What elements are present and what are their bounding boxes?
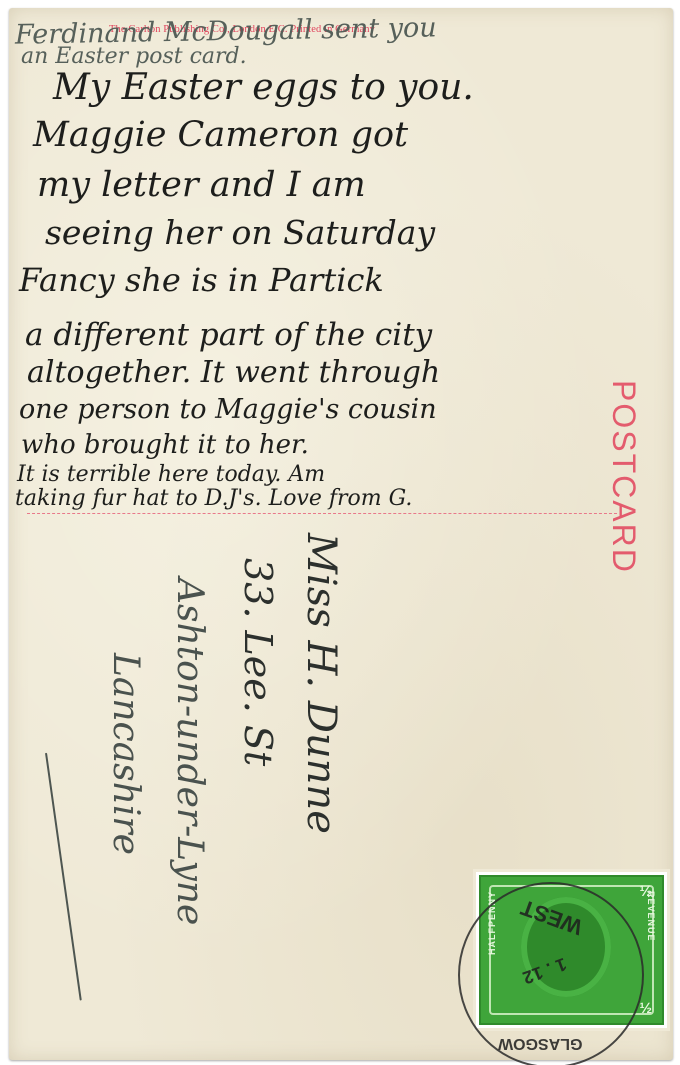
message-line: my letter and I am [37, 168, 366, 203]
stamp-side-text: REVENUE [646, 891, 656, 942]
postmark: WEST 1 . 12 GLASGOW [458, 882, 644, 1065]
message-line: My Easter eggs to you. [53, 70, 474, 106]
message-line: taking fur hat to D.J's. Love from G. [15, 488, 412, 510]
message-line: one person to Maggie's cousin [19, 396, 437, 423]
postmark-bottom: GLASGOW [498, 1034, 582, 1052]
postcard-label: POSTCARD [605, 380, 642, 574]
address-line-name: Miss H. Dunne [301, 533, 341, 834]
address-line-town: Ashton-under-Lyne [171, 578, 207, 925]
message-line: It is terrible here today. Am [17, 464, 325, 486]
postmark-top: WEST [517, 894, 586, 940]
message-line: an Easter post card. [21, 46, 247, 68]
message-line: who brought it to her. [21, 432, 309, 458]
message-line: seeing her on Saturday [45, 216, 435, 249]
message-line: Fancy she is in Partick [19, 264, 384, 296]
stamp-value: ½ [639, 1000, 652, 1017]
postmark-date: 1 . 12 [520, 953, 570, 988]
pencil-stroke [45, 753, 82, 1001]
address-line-street: 33. Lee. St [239, 558, 277, 766]
message-line: altogether. It went through [27, 358, 440, 388]
message-line: Maggie Cameron got [33, 118, 408, 153]
address-line-county: Lancashire [107, 653, 143, 855]
message-divider [27, 513, 617, 514]
message-line: a different part of the city [25, 320, 432, 351]
